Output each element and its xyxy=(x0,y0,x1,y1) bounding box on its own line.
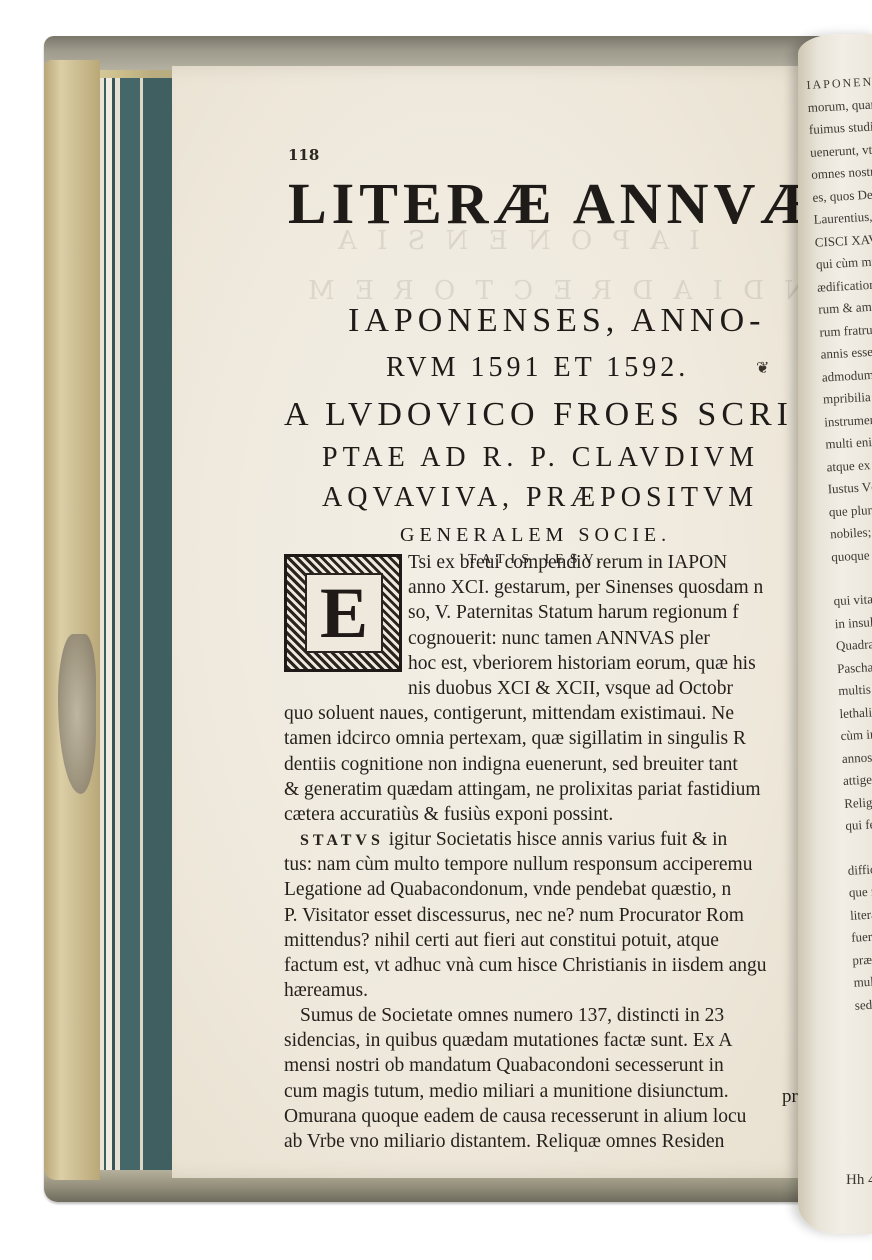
text-line: Quadragesimar xyxy=(835,630,872,658)
text-line: fuerunt, vt so xyxy=(851,922,872,950)
text-line: attigerat, xyxy=(842,765,872,793)
text-line: qui vita defunc xyxy=(833,585,872,613)
text-line: mensi nostri ob mandatum Quabacondoni se… xyxy=(284,1053,804,1078)
title-line-4: A LVDOVICO FROES SCRI xyxy=(284,396,793,434)
text-line: multis pauperibu xyxy=(838,675,872,703)
text-line: dentiis cognitione non indigna euenerunt… xyxy=(284,752,804,777)
paragraph-2: STATVS igitur Societatis hisce annis var… xyxy=(284,827,804,1003)
fleuron-ornament: ❦ xyxy=(756,358,769,377)
text-line: annis esset idi xyxy=(820,338,872,366)
text-line: tus: nam cùm multo tempore nullum respon… xyxy=(284,852,804,877)
text-line: nis duobus XCI & XCII, vsque ad Octobr xyxy=(284,676,804,701)
title-line-6: AQVAVIVA, PRÆPOSITVM xyxy=(322,482,758,514)
page-content: 118 LITERÆ ANNVÆ IAPONENSES, ANNO- RVM 1… xyxy=(172,66,812,1178)
text-line: factum est, vt adhuc vnà cum hisce Chris… xyxy=(284,953,804,978)
text-line: & generatim quædam attingam, ne prolixit… xyxy=(284,777,804,802)
right-page-text: IAPONENSE morum, quanqua fuimus studiosi… xyxy=(806,69,872,1017)
page-number: 118 xyxy=(288,146,319,164)
text-line: anno XCI. gestarum, per Sinenses quosdam… xyxy=(284,575,804,600)
left-page: I A P O N E N S I A M V N D I A D R E C … xyxy=(172,66,813,1178)
paragraph-3: Sumus de Societate omnes numero 137, dis… xyxy=(284,1003,804,1154)
text-line: cùm in Iap xyxy=(840,720,872,748)
text-line: nobiles; nunc xyxy=(830,518,872,546)
text-line: Tsi ex breui compendio rerum in IAPON xyxy=(284,550,804,575)
text-line: qui cùm multo xyxy=(815,249,872,277)
text-line: difficultudines hu xyxy=(847,854,872,882)
text-line: qui fere era xyxy=(845,810,872,838)
text-line: ab Vrbe vno miliario distantem. Reliquæ … xyxy=(284,1129,804,1154)
binding-spine-side xyxy=(44,60,100,1180)
text-line: quo soluent naues, contigerunt, mittenda… xyxy=(284,701,804,726)
text-line: hæreamus. xyxy=(284,978,804,1003)
text-line: Omurana quoque eadem de causa recesserun… xyxy=(284,1104,804,1129)
paragraph-1: Tsi ex breui compendio rerum in IAPON an… xyxy=(284,550,804,827)
text-span: igitur Societatis hisce annis varius fui… xyxy=(389,829,728,850)
book-photograph: I A P O N E N S I A M V N D I A D R E C … xyxy=(0,0,872,1260)
title-line-5: PTAE AD R. P. CLAVDIVM xyxy=(322,442,759,474)
text-line: multique idon xyxy=(853,967,872,995)
title-line-1: LITERÆ ANNVÆ xyxy=(288,170,813,237)
binding-top-edge xyxy=(44,36,824,70)
text-line: Sumus de Societate omnes numero 137, dis… xyxy=(284,1003,804,1028)
text-line: STATVS igitur Societatis hisce annis var… xyxy=(284,827,804,852)
text-line: rum & ampliùs xyxy=(818,293,872,321)
text-line: P. Visitator esset discessurus, nec ne? … xyxy=(284,903,804,928)
signature-mark: Hh 4 xyxy=(846,1172,872,1189)
text-line: que nostris con xyxy=(848,877,872,905)
small-caps-lead: STATVS xyxy=(300,832,384,849)
title-line-2: IAPONENSES, ANNO- xyxy=(348,302,765,340)
text-line: fuimus studiosius co xyxy=(808,114,872,142)
text-line: so, V. Paternitas Statum harum regionum … xyxy=(284,600,804,625)
text-line: sidencias, in quibus quædam mutationes f… xyxy=(284,1028,804,1053)
text-line: cognouerit: nunc tamen ANNVAS pler xyxy=(284,626,804,651)
text-line: cætera accuratiùs & fusiùs exponi possin… xyxy=(284,802,804,827)
text-line: mittendus? nihil certi aut fieri aut con… xyxy=(284,928,804,953)
text-line: mpribilia eleg xyxy=(822,383,872,411)
text-line: multi enim ciu xyxy=(825,428,872,456)
text-line: Legatione ad Quabacondonum, vnde pendeba… xyxy=(284,877,804,902)
text-line: omnes nostri inc xyxy=(811,159,872,187)
running-head: IAPONENSE xyxy=(806,69,872,97)
text-line: Laurentius, v xyxy=(813,204,872,232)
text-line: cum magis tutum, medio miliari a munitio… xyxy=(284,1079,804,1104)
text-line: hoc est, vberiorem historiam eorum, quæ … xyxy=(284,651,804,676)
title-line-3: RVM 1591 ET 1592. xyxy=(386,352,689,384)
text-line: tamen idcirco omnia pertexam, quæ sigill… xyxy=(284,726,804,751)
text-line: Iustus Vcond xyxy=(827,473,872,501)
right-page-curled: IAPONENSE morum, quanqua fuimus studiosi… xyxy=(798,34,872,1234)
title-line-7: GENERALEM SOCIE. xyxy=(400,524,671,547)
